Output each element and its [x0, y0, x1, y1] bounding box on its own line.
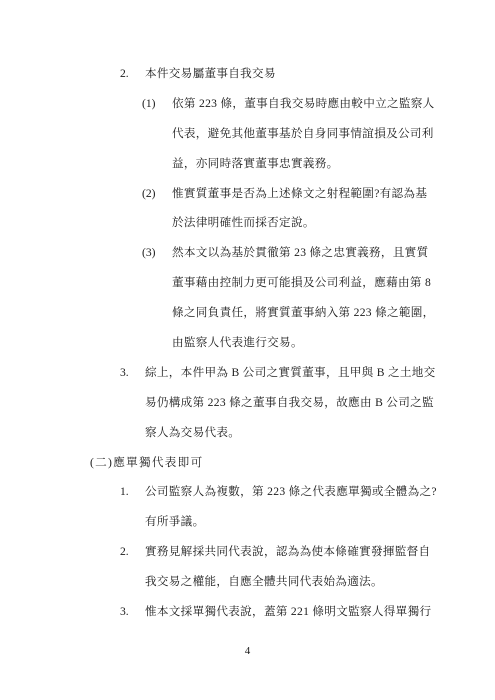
- line-text: 公司監察人為複數，第 223 條之代表應單獨或全體為之?: [145, 485, 437, 498]
- line-text: 然本文以為基於貫徹第 23 條之忠實義務，且實質: [172, 246, 428, 259]
- section-heading-text: (二)應單獨代表即可: [90, 456, 203, 469]
- list-item-line: 1.公司監察人為複數，第 223 條之代表應單獨或全體為之?: [0, 477, 495, 507]
- list-marker: 2.: [120, 59, 145, 89]
- list-item-line: 3.綜上，本件甲為 B 公司之實質董事，且甲與 B 之土地交: [0, 358, 495, 388]
- continuation-line: 察人為交易代表。: [0, 418, 495, 448]
- document-page: 2.本件交易屬董事自我交易 (1)依第 223 條，董事自我交易時應由較中立之監…: [0, 0, 495, 700]
- continuation-line: 董事藉由控制力更可能損及公司利益，應藉由第 8: [0, 268, 495, 298]
- line-text: 有所爭議。: [145, 515, 204, 528]
- list-marker: (1): [142, 89, 172, 119]
- list-marker: 3.: [120, 358, 145, 388]
- document-body: 2.本件交易屬董事自我交易 (1)依第 223 條，董事自我交易時應由較中立之監…: [0, 59, 495, 627]
- list-marker: 3.: [120, 597, 145, 627]
- continuation-line: 於法律明確性而採否定說。: [0, 208, 495, 238]
- continuation-line: 條之同負責任，將實質董事納入第 223 條之範圍，: [0, 298, 495, 328]
- continuation-line: 我交易之權能，自應全體共同代表始為適法。: [0, 567, 495, 597]
- continuation-line: 由監察人代表進行交易。: [0, 328, 495, 358]
- line-text: 惟實質董事是否為上述條文之射程範圍?有認為基: [172, 187, 427, 200]
- sub-item-line: (1)依第 223 條，董事自我交易時應由較中立之監察人: [0, 89, 495, 119]
- continuation-line: 代表，避免其他董事基於自身同事情誼損及公司利: [0, 119, 495, 149]
- list-item-line: 2.實務見解採共同代表說，認為為使本條確實發揮監督自: [0, 537, 495, 567]
- line-text: 董事藉由控制力更可能損及公司利益，應藉由第 8: [172, 276, 431, 289]
- line-text: 本件交易屬董事自我交易: [145, 67, 276, 80]
- continuation-line: 益，亦同時落實董事忠實義務。: [0, 149, 495, 179]
- line-text: 代表，避免其他董事基於自身同事情誼損及公司利: [172, 127, 434, 140]
- page-number: 4: [0, 643, 495, 659]
- line-text: 條之同負責任，將實質董事納入第 223 條之範圍，: [172, 306, 435, 319]
- list-item-line: 2.本件交易屬董事自我交易: [0, 59, 495, 89]
- list-item-line: 3.惟本文採單獨代表說，蓋第 221 條明文監察人得單獨行: [0, 597, 495, 627]
- sub-item-line: (3)然本文以為基於貫徹第 23 條之忠實義務，且實質: [0, 238, 495, 268]
- section-heading: (二)應單獨代表即可: [0, 448, 495, 478]
- line-text: 實務見解採共同代表說，認為為使本條確實發揮監督自: [145, 545, 430, 558]
- line-text: 益，亦同時落實董事忠實義務。: [172, 157, 339, 170]
- list-marker: (2): [142, 179, 172, 209]
- line-text: 察人為交易代表。: [145, 426, 240, 439]
- line-text: 依第 223 條，董事自我交易時應由較中立之監察人: [172, 97, 435, 110]
- line-text: 由監察人代表進行交易。: [172, 336, 303, 349]
- continuation-line: 有所爭議。: [0, 507, 495, 537]
- continuation-line: 易仍構成第 223 條之董事自我交易，故應由 B 公司之監: [0, 388, 495, 418]
- list-marker: 1.: [120, 477, 145, 507]
- line-text: 我交易之權能，自應全體共同代表始為適法。: [145, 575, 383, 588]
- line-text: 綜上，本件甲為 B 公司之實質董事，且甲與 B 之土地交: [145, 366, 436, 379]
- line-text: 惟本文採單獨代表說，蓋第 221 條明文監察人得單獨行: [145, 605, 431, 618]
- sub-item-line: (2)惟實質董事是否為上述條文之射程範圍?有認為基: [0, 179, 495, 209]
- list-marker: 2.: [120, 537, 145, 567]
- line-text: 於法律明確性而採否定說。: [172, 216, 315, 229]
- line-text: 易仍構成第 223 條之董事自我交易，故應由 B 公司之監: [145, 396, 434, 409]
- list-marker: (3): [142, 238, 172, 268]
